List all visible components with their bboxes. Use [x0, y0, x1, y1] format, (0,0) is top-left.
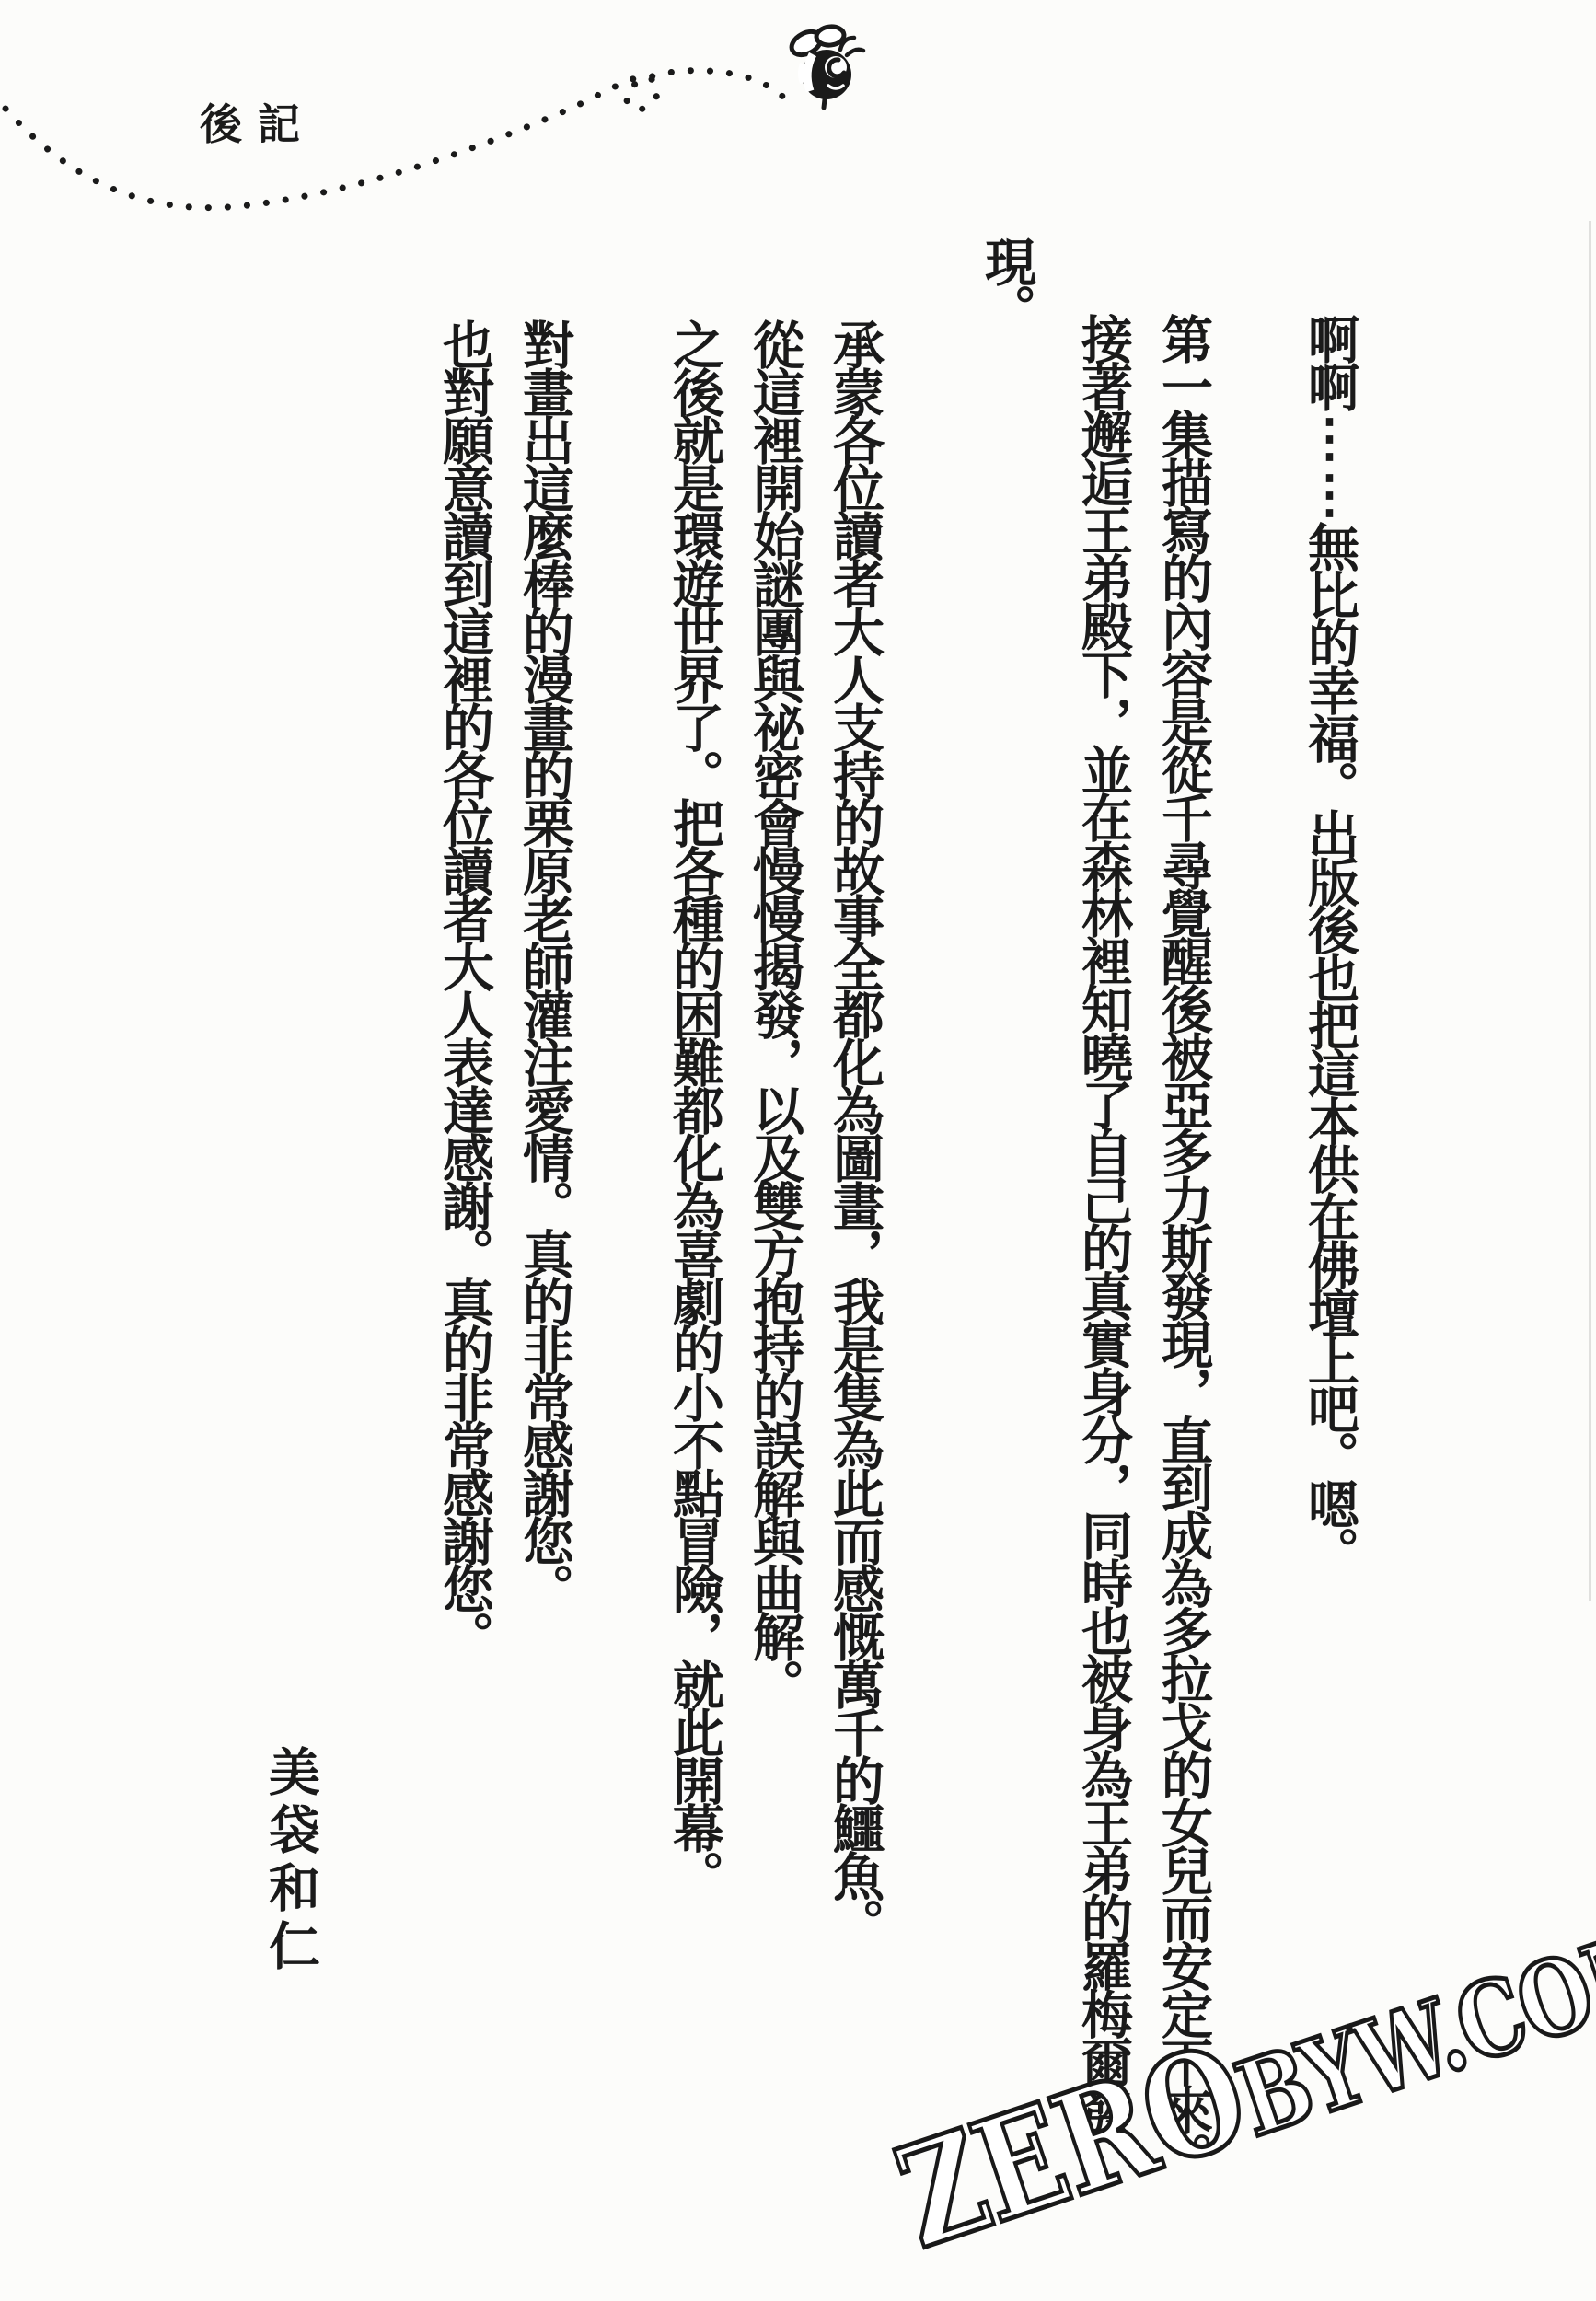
author-signature: 美袋和仁	[261, 1745, 318, 2113]
text-column-8: 對畫出這麼棒的漫畫的栗原老師灌注愛情。真的非常感謝您。	[515, 318, 572, 2301]
bee-icon	[782, 20, 867, 110]
text-column-4: 現。	[977, 236, 1035, 2224]
text-column-6: 從這裡開始謎團與祕密會慢慢揭發，以及雙方抱持的誤解與曲解。	[746, 318, 803, 2301]
text-column-3: 接著邂逅王弟殿下，並在森林裡知曉了自己的真實身分，同時也被身為王弟的羅梅爾發	[1074, 313, 1131, 2301]
afterword-page: 後記 啊啊⋮⋮無比的幸福。出版後也把這本供在佛壇上吧。嗯。 第一集描寫的內容是從…	[0, 0, 1596, 2301]
text-column-5: 承蒙各位讀者大人支持的故事全都化為圖畫，我是隻為此而感慨萬千的鱷魚。	[826, 318, 883, 2301]
scan-edge-shadow	[1589, 221, 1591, 1601]
watermark-byw-com: BYW.COM	[1223, 1902, 1596, 2161]
text-column-9: 也對願意讀到這裡的各位讀者大人表達感謝。真的非常感謝您。	[435, 318, 492, 2301]
text-column-7: 之後就是環遊世界了。把各種的困難都化為喜劇的小不點冒險，就此開幕。	[665, 318, 723, 2301]
text-column-2: 第一集描寫的內容是從千尋覺醒後被亞多力斯發現，直到成為多拉戈的女兒而安定下來。	[1154, 313, 1211, 2301]
dotted-trail-icon	[0, 0, 874, 230]
